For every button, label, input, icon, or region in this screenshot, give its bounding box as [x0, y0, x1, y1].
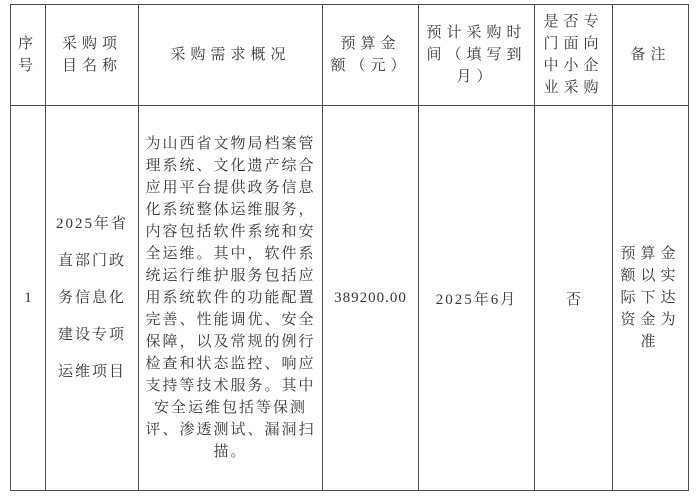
header-cell-sme-targeted: 是否专 门面向 中小企 业采购: [535, 5, 613, 106]
header-cell-remark: 备注: [613, 5, 689, 106]
header-cell-seq: 序 号: [11, 5, 46, 106]
cell-project-name: 2025年省 直部门政 务信息化 建设专项 运维项目: [46, 106, 139, 491]
cell-requirement-overview: 为山西省文物局档案管理系统、文化遗产综合应用平台提供政务信息化系统整体运维服务，…: [139, 106, 323, 491]
cell-purchase-time: 2025年6月: [419, 106, 535, 491]
cell-sme-targeted: 否: [535, 106, 613, 491]
header-cell-purchase-time: 预计采购时 间（填写到 月）: [419, 5, 535, 106]
header-cell-requirement-overview: 采购需求概况: [139, 5, 323, 106]
table-row: 1 2025年省 直部门政 务信息化 建设专项 运维项目 为山西省文物局档案管理…: [11, 106, 689, 491]
table-header-row: 序 号 采购项 目名称 采购需求概况 预算金 额（元） 预计采购时 间（填写到 …: [11, 5, 689, 106]
document-page: 序 号 采购项 目名称 采购需求概况 预算金 额（元） 预计采购时 间（填写到 …: [0, 0, 698, 500]
header-cell-budget-amount: 预算金 额（元）: [323, 5, 419, 106]
header-cell-project-name: 采购项 目名称: [46, 5, 139, 106]
procurement-table: 序 号 采购项 目名称 采购需求概况 预算金 额（元） 预计采购时 间（填写到 …: [10, 4, 689, 491]
cell-remark: 预算金 额以实 际下达 资金为 准: [613, 106, 689, 491]
cell-seq: 1: [11, 106, 46, 491]
cell-budget-amount: 389200.00: [323, 106, 419, 491]
